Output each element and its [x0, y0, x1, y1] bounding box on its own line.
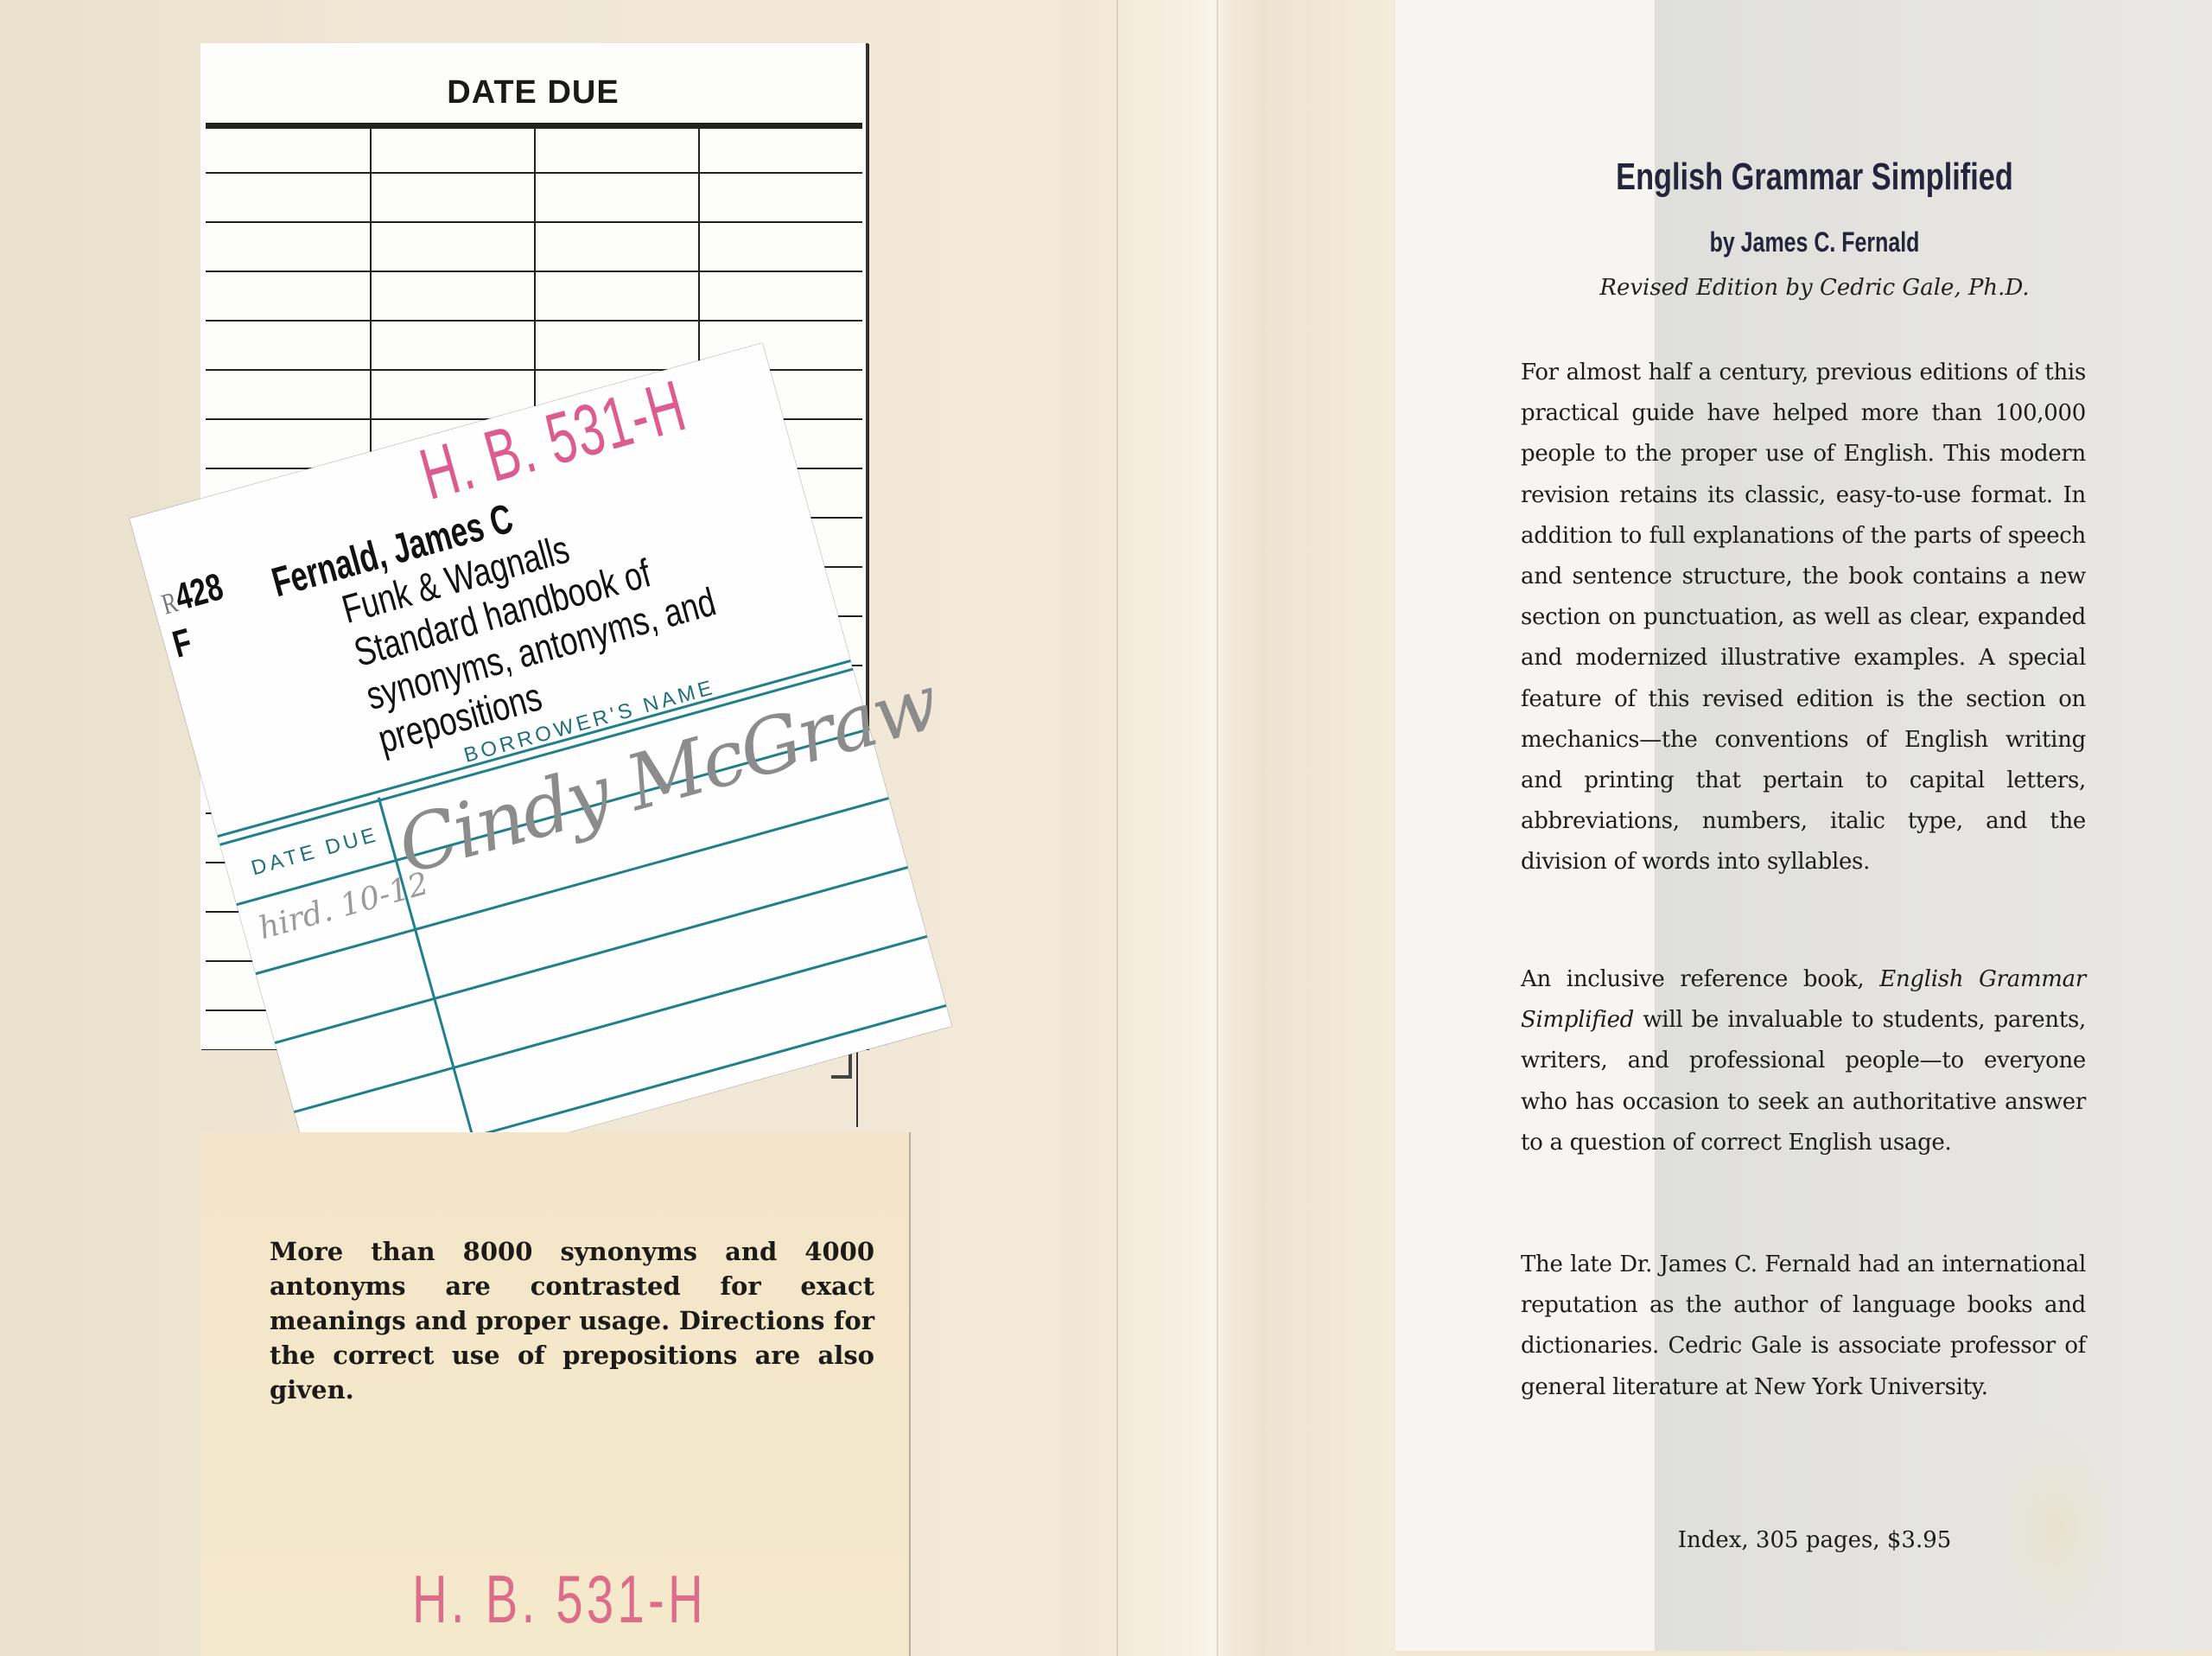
author-bio-paragraph: The late Dr. James C. Fernald had an int…	[1521, 1245, 2086, 1408]
gutter-crease	[1217, 0, 1218, 1656]
price-line: Index, 305 pages, $3.95	[1521, 1527, 2108, 1553]
date-due-title: DATE DUE	[200, 74, 866, 111]
description-paragraph: For almost half a century, previous edit…	[1521, 353, 2086, 883]
call-class: 428	[170, 565, 227, 619]
book-title: English Grammar Simplified	[1586, 156, 2044, 199]
cutter-number: F	[168, 621, 197, 666]
pocket-blurb: More than 8000 synonyms and 4000 antonym…	[270, 1234, 874, 1407]
card-pocket: More than 8000 synonyms and 4000 antonym…	[200, 1132, 909, 1656]
reference-paragraph: An inclusive reference book, English Gra…	[1521, 959, 2086, 1163]
byline: by James C. Fernald	[1586, 226, 2044, 258]
p2-lead: An inclusive reference book,	[1521, 966, 1879, 992]
gutter-crease	[1116, 0, 1118, 1656]
revised-edition: Revised Edition by Cedric Gale, Ph.D.	[1521, 275, 2108, 301]
book-gutter	[1063, 0, 1395, 1656]
pocket-edge-line	[856, 1049, 858, 1127]
pocket-stamp: H. B. 531-H	[412, 1560, 707, 1639]
call-number: R428 F	[156, 566, 239, 666]
handwritten-date: hird. 10-12	[255, 866, 432, 946]
